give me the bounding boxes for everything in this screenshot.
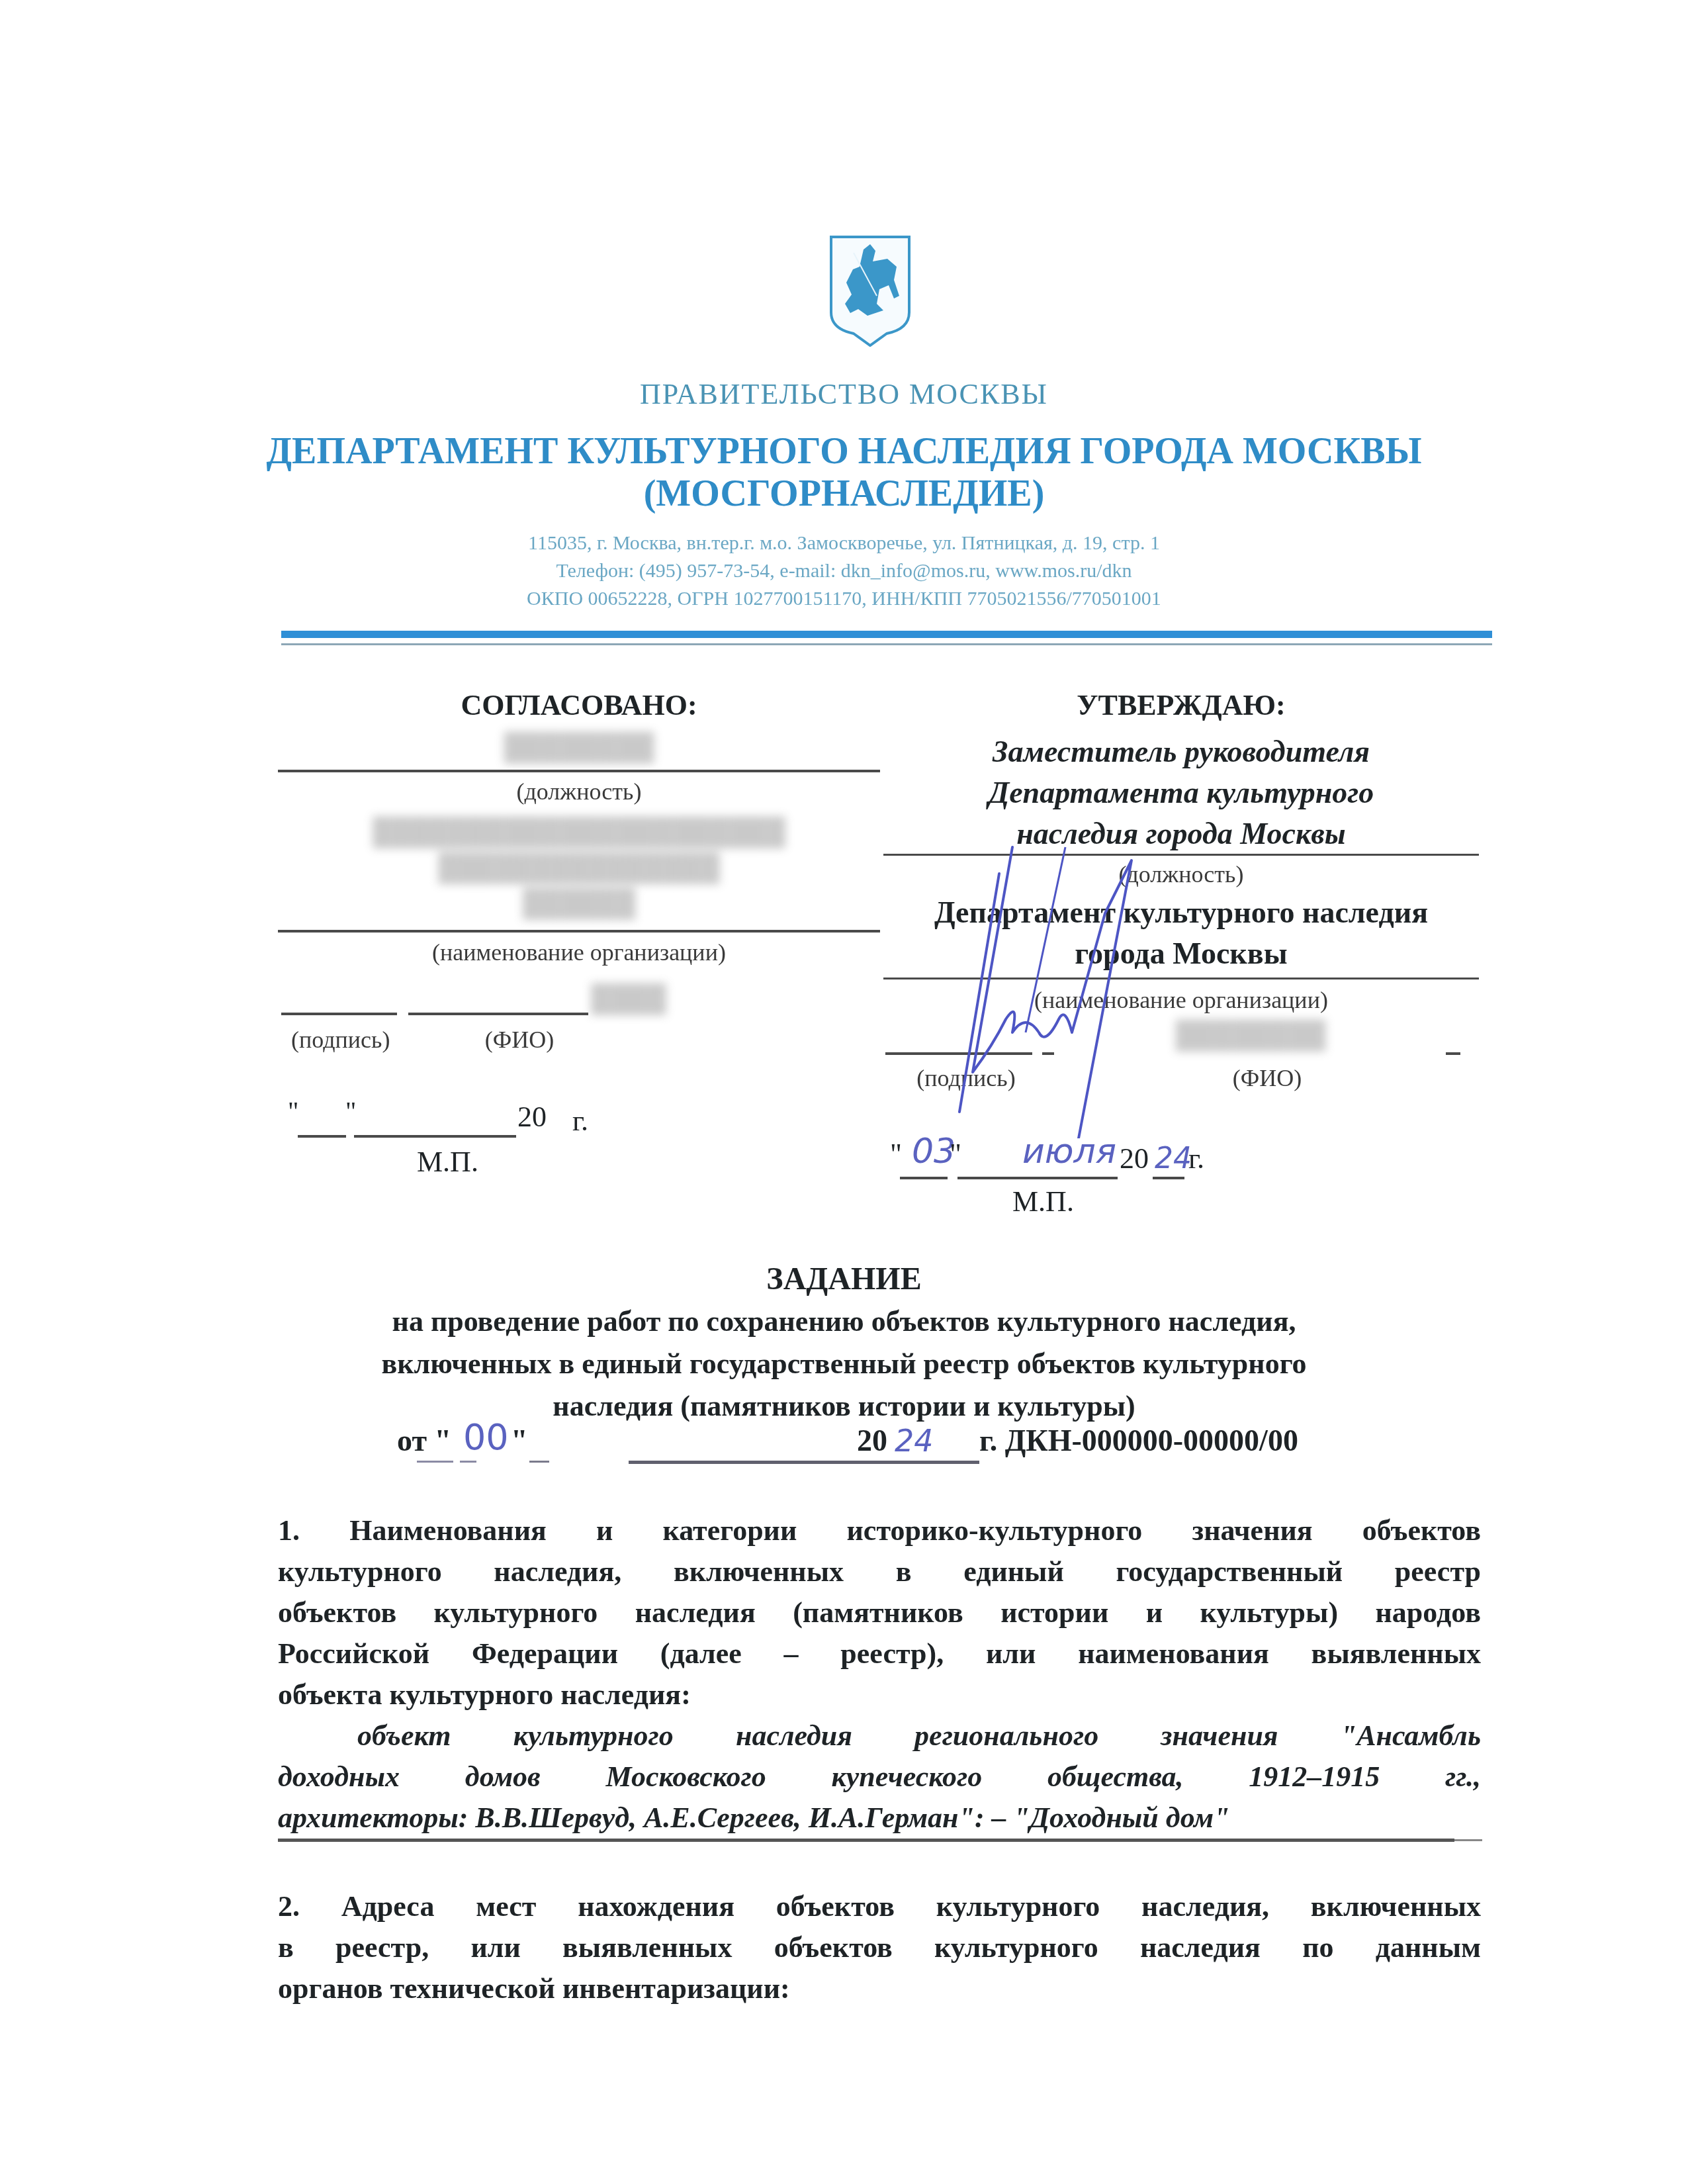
task-date-day: 00: [463, 1416, 509, 1458]
section-1-heading: 1. Наименования и категории историко-кул…: [278, 1510, 1481, 1715]
task-title: ЗАДАНИЕ: [0, 1261, 1688, 1297]
approved-position-line2: Департамента культурного: [880, 772, 1482, 813]
approved-year-line[interactable]: [1153, 1177, 1184, 1179]
approved-date-month-line[interactable]: [957, 1177, 1118, 1179]
section-1-value-line: архитекторы: В.В.Шервуд, А.Е.Сергеев, И.…: [278, 1797, 1481, 1839]
section-1-value: объект культурного наследия региональног…: [278, 1715, 1481, 1839]
phone-email: Телефон: (495) 957-73-54, e-mail: dkn_in…: [0, 557, 1688, 585]
section-1-heading-line: культурного наследия, включенных в едины…: [278, 1551, 1481, 1592]
task-number: г. ДКН-000000-00000/00: [979, 1423, 1298, 1458]
agreed-date-month-line[interactable]: [354, 1135, 516, 1138]
approved-stamp-label: М.П.: [1012, 1185, 1074, 1218]
approved-year-suffix: г.: [1188, 1142, 1204, 1175]
address: 115035, г. Москва, вн.тер.г. м.о. Замоск…: [0, 529, 1688, 557]
section-2-heading-line: 2. Адреса мест нахождения объектов культ…: [278, 1886, 1481, 1927]
approved-date-close-quote: ": [950, 1137, 961, 1171]
section-2-heading: 2. Адреса мест нахождения объектов культ…: [278, 1886, 1481, 2009]
section-1-heading-line: объекта культурного наследия:: [278, 1674, 1481, 1715]
section-1-value-underline: [278, 1839, 1454, 1842]
agreed-date-day-line[interactable]: [298, 1135, 346, 1138]
task-subtitle-line1: на проведение работ по сохранению объект…: [0, 1300, 1688, 1343]
agreed-organization-redacted: ████████████████████████████████████████…: [285, 814, 873, 921]
task-subtitle-line2: включенных в единый государственный реес…: [0, 1343, 1688, 1385]
task-day-line[interactable]: [460, 1461, 476, 1463]
approved-date-day-line[interactable]: [900, 1177, 948, 1179]
government-name: ПРАВИТЕЛЬСТВО МОСКВЫ: [0, 377, 1688, 411]
agreed-organization-line: [278, 930, 880, 933]
section-1-value-line: доходных домов Московского купеческого о…: [278, 1756, 1481, 1797]
task-date-prefix: от ": [397, 1423, 451, 1458]
agreed-stamp-label: М.П.: [417, 1145, 478, 1179]
section-2-heading-line: в реестр, или выявленных объектов культу…: [278, 1927, 1481, 1968]
contact-block: 115035, г. Москва, вн.тер.г. м.о. Замоск…: [0, 529, 1688, 613]
agreed-name-line[interactable]: [408, 1013, 588, 1015]
approved-date-open-quote: ": [890, 1137, 902, 1171]
agreed-title: СОГЛАСОВАНО:: [278, 688, 880, 722]
agreed-name-caption: (ФИО): [463, 1026, 576, 1054]
approved-name-caption: (ФИО): [1211, 1064, 1323, 1092]
agreed-position-redacted: ████████: [278, 731, 880, 762]
agreed-signature-caption: (подпись): [291, 1026, 384, 1054]
moscow-coat-of-arms-icon: [827, 233, 913, 347]
approved-year-handwritten: 24: [1155, 1142, 1192, 1175]
task-day-line-mark: [430, 1461, 437, 1463]
section-1-heading-line: Российской Федерации (далее – реестр), и…: [278, 1633, 1481, 1674]
agreed-signature-line[interactable]: [281, 1013, 397, 1015]
task-year-prefix: 20: [857, 1423, 887, 1458]
registration-codes: ОКПО 00652228, ОГРН 1027700151170, ИНН/К…: [0, 585, 1688, 613]
approved-year-prefix: 20: [1120, 1142, 1149, 1175]
section-1-value-line: объект культурного наследия региональног…: [278, 1715, 1481, 1756]
section-1-value-underline-tail: [1454, 1839, 1482, 1841]
department-name-line2: (МОСГОРНАСЛЕДИЕ): [0, 473, 1688, 515]
approved-name-line-right: [1446, 1052, 1460, 1055]
department-name: ДЕПАРТАМЕНТ КУЛЬТУРНОГО НАСЛЕДИЯ ГОРОДА …: [0, 430, 1688, 515]
agreed-year-prefix: 20: [517, 1100, 547, 1134]
approved-position-line1: Заместитель руководителя: [880, 731, 1482, 772]
header-rule-thick: [281, 631, 1492, 638]
task-month-line-left: [529, 1461, 549, 1463]
agreed-name-redacted: ████: [457, 983, 801, 1014]
agreed-date-open-quote: ": [288, 1095, 298, 1126]
task-month-line[interactable]: [629, 1461, 979, 1464]
task-year-handwritten: 24: [895, 1423, 934, 1459]
approved-date-month: июля: [1022, 1132, 1116, 1171]
section-1-heading-line: 1. Наименования и категории историко-кул…: [278, 1510, 1481, 1551]
agreed-position-caption: (должность): [278, 778, 880, 805]
header-rule-thin: [281, 643, 1492, 645]
agreed-position-line: [278, 770, 880, 772]
agreed-organization-caption: (наименование организации): [278, 938, 880, 966]
task-date-close-quote: ": [511, 1423, 528, 1458]
task-subtitle: на проведение работ по сохранению объект…: [0, 1300, 1688, 1428]
approved-title: УТВЕРЖДАЮ:: [880, 688, 1482, 722]
department-name-line1: ДЕПАРТАМЕНТ КУЛЬТУРНОГО НАСЛЕДИЯ ГОРОДА …: [0, 430, 1688, 473]
task-subtitle-line3: наследия (памятников истории и культуры): [0, 1385, 1688, 1428]
agreed-year-suffix: г.: [572, 1104, 588, 1138]
handwritten-signature: [946, 834, 1165, 1138]
section-1-heading-line: объектов культурного наследия (памятнико…: [278, 1592, 1481, 1633]
section-2-heading-line: органов технической инвентаризации:: [278, 1968, 1481, 2009]
agreed-date-close-quote: ": [345, 1095, 356, 1126]
